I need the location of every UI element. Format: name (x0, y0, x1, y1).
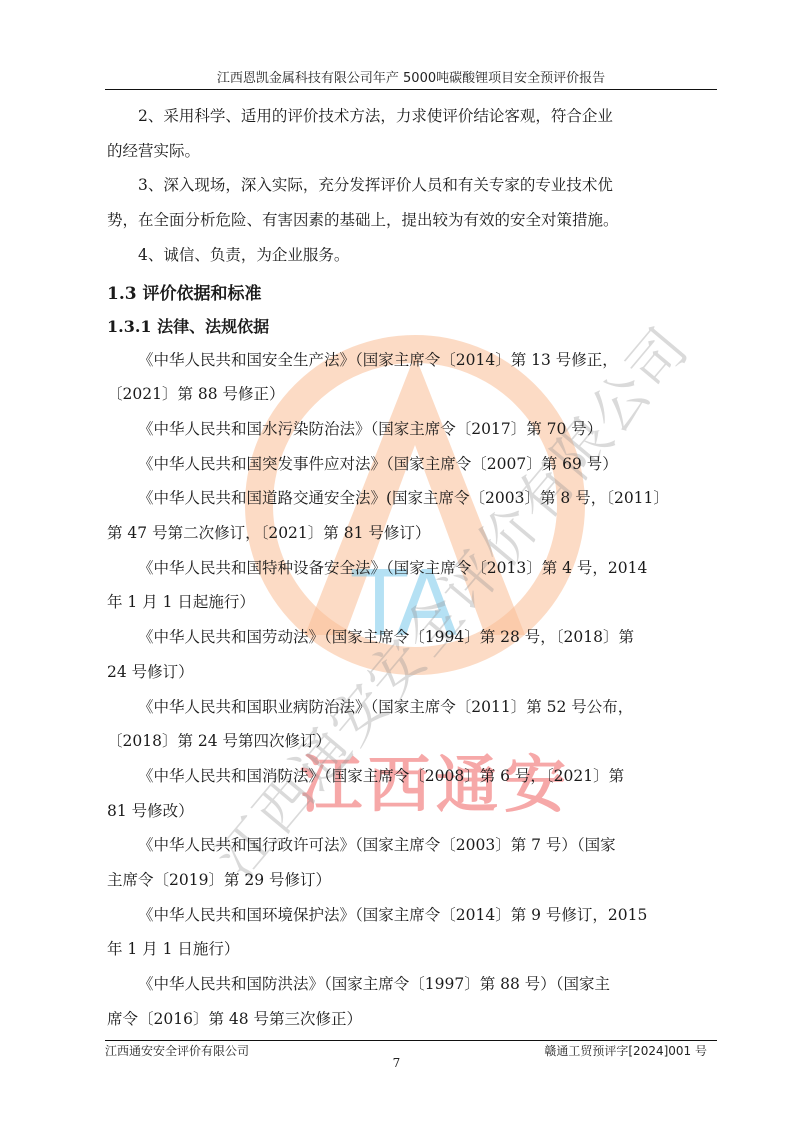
page-header-title: 江西恩凯金属科技有限公司年产 5000吨碳酸锂项目安全预评价报告 (105, 67, 717, 86)
page-number: 7 (0, 1056, 793, 1070)
principle-4: 4、诚信、负责，为企业服务。 (107, 238, 719, 273)
law-item-cont: 年 1 月 1 日起施行） (107, 585, 719, 620)
document-body: 2、采用科学、适用的评价技术方法，力求使评价结论客观，符合企业 的经营实际。 3… (107, 99, 719, 1037)
footer-divider (105, 1040, 717, 1041)
law-item-cont: 81 号修改） (107, 794, 719, 829)
section-heading: 1.3 评价依据和标准 (107, 277, 719, 311)
law-item-cont: 主席令〔2019〕第 29 号修订） (107, 863, 719, 898)
law-item: 《中华人民共和国劳动法》（国家主席令〔1994〕第 28 号，〔2018〕第 (107, 620, 719, 655)
principle-2: 2、采用科学、适用的评价技术方法，力求使评价结论客观，符合企业 (107, 99, 719, 134)
law-item-cont: 第 47 号第二次修订，〔2021〕第 81 号修订） (107, 516, 719, 551)
law-item: 《中华人民共和国防洪法》（国家主席令〔1997〕第 88 号）（国家主 (107, 967, 719, 1002)
law-item: 《中华人民共和国环境保护法》（国家主席令〔2014〕第 9 号修订，2015 (107, 898, 719, 933)
law-item: 《中华人民共和国道路交通安全法》(国家主席令〔2003〕第 8 号，〔2011〕 (107, 481, 719, 516)
document-page: 江西恩凯金属科技有限公司年产 5000吨碳酸锂项目安全预评价报告 TA 江西通安… (0, 0, 793, 1122)
principle-3: 3、深入现场，深入实际，充分发挥评价人员和有关专家的专业技术优 (107, 168, 719, 203)
principle-2-cont: 的经营实际。 (107, 134, 719, 169)
law-item-cont: 席令〔2016〕第 48 号第三次修正） (107, 1002, 719, 1037)
law-item-cont: 〔2021〕第 88 号修正） (107, 377, 719, 412)
law-item: 《中华人民共和国水污染防治法》（国家主席令〔2017〕第 70 号） (107, 412, 719, 447)
header-divider (105, 89, 717, 90)
law-item: 《中华人民共和国消防法》（国家主席令〔2008〕第 6 号，〔2021〕第 (107, 759, 719, 794)
law-item: 《中华人民共和国特种设备安全法》（国家主席令〔2013〕第 4 号，2014 (107, 551, 719, 586)
law-item-cont: 24 号修订） (107, 655, 719, 690)
law-item-cont: 〔2018〕第 24 号第四次修订） (107, 724, 719, 759)
law-item: 《中华人民共和国职业病防治法》（国家主席令〔2011〕第 52 号公布， (107, 690, 719, 725)
law-item: 《中华人民共和国安全生产法》（国家主席令〔2014〕第 13 号修正， (107, 343, 719, 378)
principle-3-cont: 势，在全面分析危险、有害因素的基础上，提出较为有效的安全对策措施。 (107, 203, 719, 238)
law-item: 《中华人民共和国行政许可法》（国家主席令〔2003〕第 7 号）（国家 (107, 828, 719, 863)
law-item-cont: 年 1 月 1 日施行） (107, 932, 719, 967)
law-item: 《中华人民共和国突发事件应对法》（国家主席令〔2007〕第 69 号） (107, 447, 719, 482)
subsection-heading: 1.3.1 法律、法规依据 (107, 311, 719, 343)
